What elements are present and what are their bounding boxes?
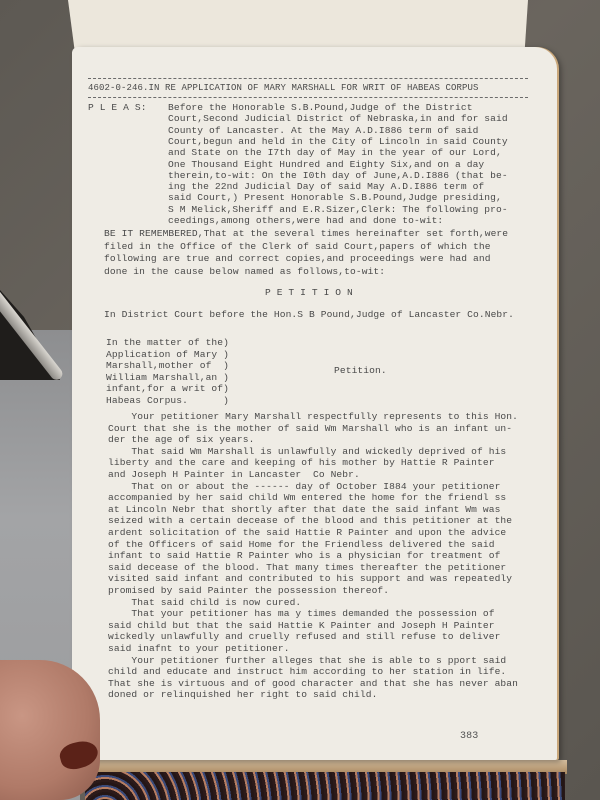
court-line: In District Court before the Hon.S B Pou… <box>104 308 514 321</box>
remembered-line: filed in the Office of the Clerk of said… <box>104 240 491 253</box>
body-line: doned or relinquished her right to said … <box>108 688 377 701</box>
header-rule-top <box>88 78 528 79</box>
caption-title: Petition. <box>334 364 387 377</box>
pleas-line: ceedings,among others,were had and done … <box>168 214 443 227</box>
pleas-label: P L E A S: <box>88 101 147 114</box>
hand <box>0 660 100 800</box>
marbled-book-cover <box>85 772 565 800</box>
page-number: 383 <box>460 730 478 743</box>
remembered-line: following are true and correct copies,an… <box>104 252 491 265</box>
case-header: 4602-0-246.IN RE APPLICATION OF MARY MAR… <box>88 82 479 95</box>
remembered-line: BE IT REMEMBERED,That at the several tim… <box>104 227 508 240</box>
petition-heading: P E T I T I O N <box>265 286 353 299</box>
header-rule-bottom <box>88 97 528 98</box>
caption-line: Habeas Corpus. ) <box>106 394 229 407</box>
remembered-line: done in the cause below named as follows… <box>104 265 385 278</box>
